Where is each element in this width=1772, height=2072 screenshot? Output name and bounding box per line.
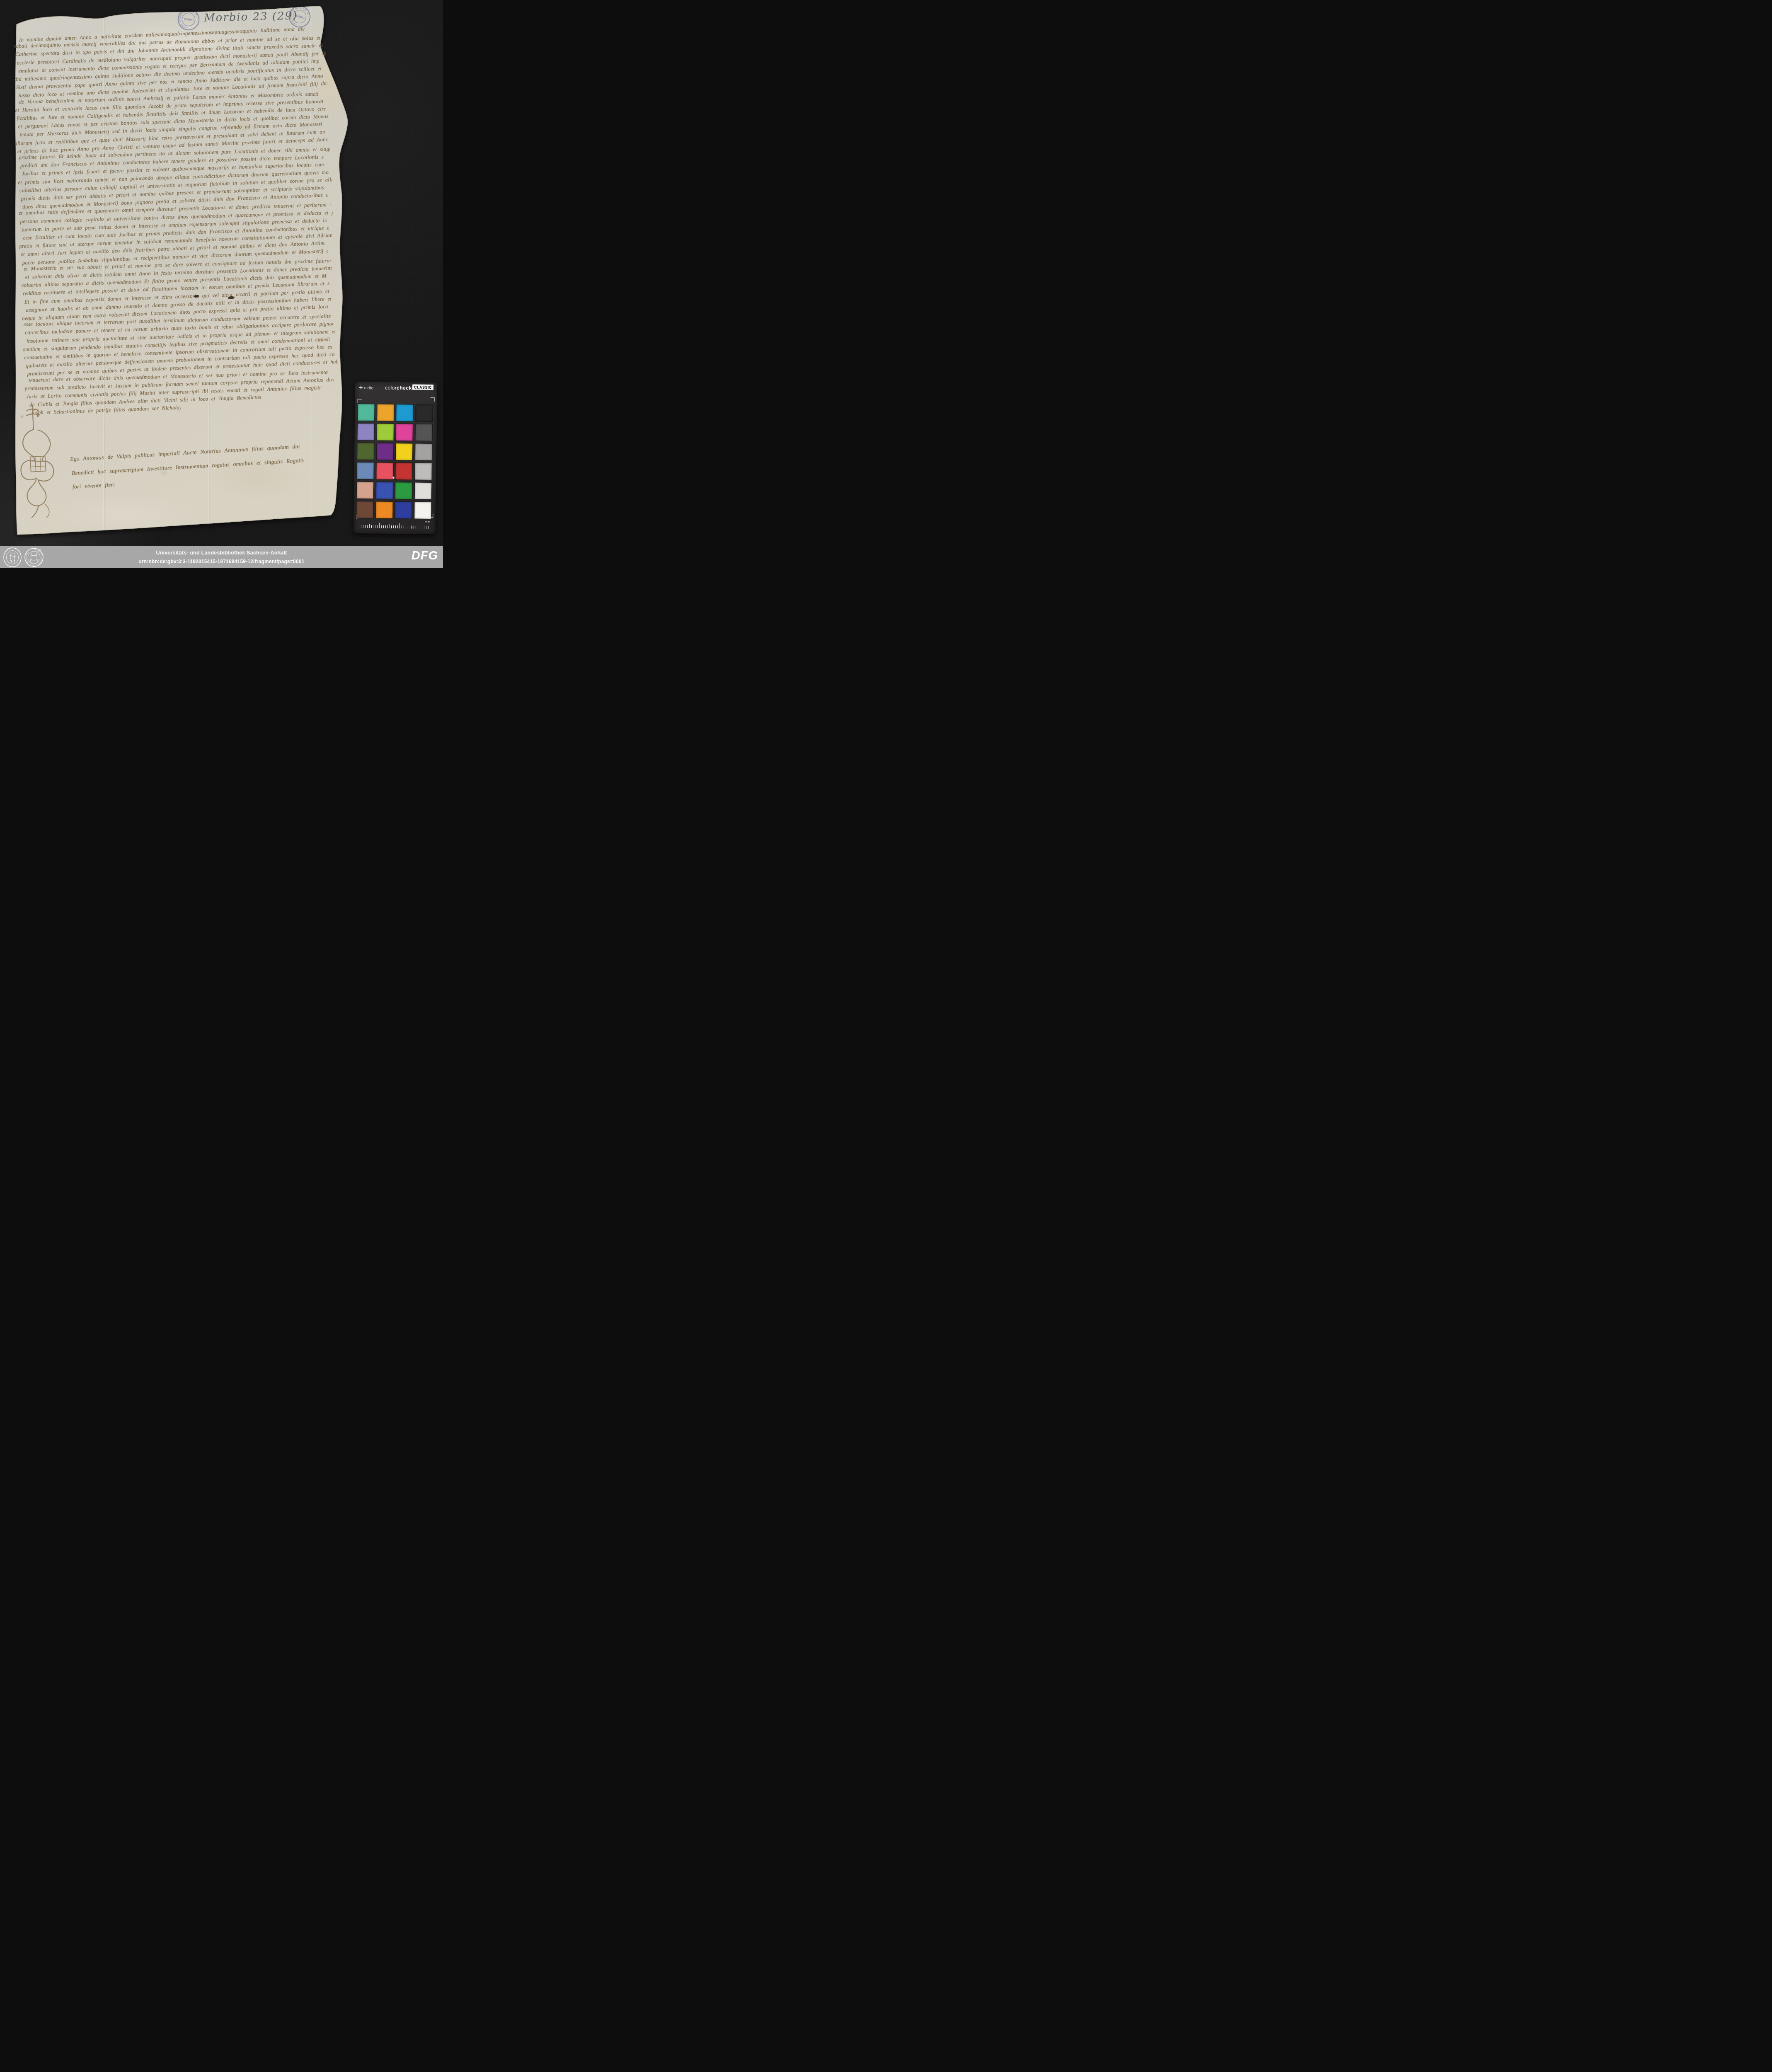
ruler-tick [361,525,361,528]
color-patch-dark-gray [415,424,432,441]
ruler-tick [367,525,368,528]
color-patch-mid-gray [415,444,431,460]
notary-subscription-line: fori vivente fieri [72,480,131,492]
ruler-tick [412,525,412,528]
ruler-tick [363,525,363,528]
color-patch-orange-yellow [377,404,394,421]
ruler-tick [402,525,402,528]
ruler-tick [406,525,406,528]
mm-ruler-label: mm [425,520,430,524]
color-patch-medium-blue [376,482,392,499]
library-name: Universitäts- und Landesbibliothek Sachs… [0,550,443,556]
mm-ruler: mm [358,521,431,530]
ruler-tick [420,523,420,529]
urn-text: urn:nbn:de:gbv:3:3-1192015415-1871694159… [0,559,443,564]
color-patch-red [395,463,412,479]
color-patch-violet-purple [376,443,393,460]
color-patch-royal-blue [395,502,412,518]
color-patch-orange [376,501,392,518]
ruler-tick [383,525,384,528]
footer-bar: Universitäts- und Landesbibliothek Sachs… [0,546,443,568]
color-patch-steel-blue [357,462,373,479]
university-seal-halle [4,548,21,567]
color-patch-magenta-pink [396,424,413,441]
ruler-tick [365,525,366,528]
color-patch-pale-gray [414,483,431,499]
ruler-tick [404,525,404,528]
ruler-tick [359,523,359,528]
ruler-tick [391,525,392,528]
color-patch-green [395,482,412,499]
footer-seals: HEAVSPICE · DOCERE · CEPIT · WITTENBERG [2,547,47,568]
color-patch-white [414,502,431,519]
footer-text: Universitäts- und Landesbibliothek Sachs… [0,546,443,568]
registration-cross-icon: + [392,475,395,481]
ruler-tick [375,525,375,528]
color-patch-yellow-green [377,424,393,440]
color-patch-light-gray [415,463,431,480]
color-checker-card: ✕x-rite colorchecker CLASSIC + mm [353,382,437,534]
ruler-tick [409,524,410,528]
ruler-tick [381,525,382,528]
ruler-tick [385,525,386,528]
ruler-tick [426,526,426,529]
color-patch-brown [356,501,373,518]
ruler-tick [422,526,422,529]
color-patch-lavender-violet [358,424,374,440]
ruler-tick [373,525,373,528]
ruler-tick [428,526,428,529]
color-patch-black [416,405,432,421]
university-seal-wittenberg: HEAVSPICE · DOCERE · CEPIT · WITTENBERG [25,548,43,566]
notary-mark [15,401,70,520]
ruler-tick [395,525,396,528]
color-patch-cyan-blue [396,404,413,421]
dfg-logo: DFG [412,549,438,563]
ruler-tick [424,526,424,529]
ruler-tick [397,525,398,528]
ruler-tick [387,525,388,528]
color-patch-yellow [396,443,412,460]
digitized-manuscript-photo: Universitätsbibliothek ✻ Halle/S. Univer… [0,0,443,568]
color-patch-salmon [357,482,373,499]
ruler-tick [389,524,390,528]
color-patch-teal-green [358,404,374,421]
ruler-tick [393,525,394,528]
ruler-tick [408,525,408,528]
color-patch-grid [353,382,437,534]
color-patch-olive-green [357,443,374,460]
ruler-tick [369,524,369,528]
ruler-tick [371,525,371,528]
ruler-tick [416,526,416,529]
ruler-tick [418,526,418,529]
ruler-tick [377,525,378,528]
ruler-tick [399,523,400,528]
ruler-tick [414,526,414,529]
color-patch-coral-red [376,462,393,479]
ruler-tick [379,523,380,528]
